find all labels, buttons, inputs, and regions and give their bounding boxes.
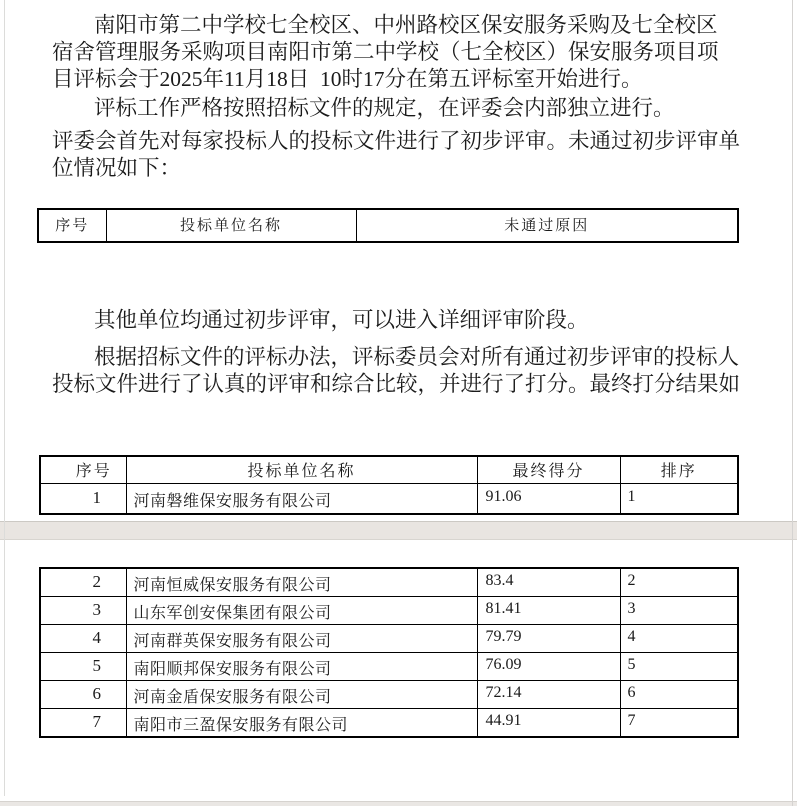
cell-bidder-name: 河南磐维保安服务有限公司 xyxy=(126,483,477,514)
table-row: 6河南金盾保安服务有限公司72.146 xyxy=(40,681,738,709)
failed-bidders-table: 序号 投标单位名称 未通过原因 xyxy=(37,208,739,243)
cell-score: 72.14 xyxy=(477,681,620,709)
table-row: 3山东军创安保集团有限公司81.413 xyxy=(40,597,738,625)
header-cell-score: 最终得分 xyxy=(477,456,620,483)
paragraph-preliminary-review: 评委会首先对每家投标人的投标文件进行了初步评审。未通过初步评审单 位情况如下： xyxy=(52,128,744,182)
cell-rank: 4 xyxy=(620,625,738,653)
cell-rank: 2 xyxy=(620,568,738,597)
cell-rank: 5 xyxy=(620,653,738,681)
cell-seq: 3 xyxy=(40,597,126,625)
cell-bidder-name: 河南群英保安服务有限公司 xyxy=(126,625,477,653)
cell-bidder-name: 河南金盾保安服务有限公司 xyxy=(126,681,477,709)
paragraph-line: 根据招标文件的评标办法，评标委员会对所有通过初步评审的投标人 xyxy=(52,344,744,371)
cell-seq: 4 xyxy=(40,625,126,653)
cell-seq: 7 xyxy=(40,709,126,738)
table-row: 2河南恒威保安服务有限公司83.42 xyxy=(40,568,738,597)
page-bottom-shadow xyxy=(0,801,797,806)
cell-seq: 2 xyxy=(40,568,126,597)
page-left-edge xyxy=(4,0,5,796)
paragraph-line: 目评标会于2025年11月18日 10时17分在第五评标室开始进行。 xyxy=(52,66,744,93)
cell-bidder-name: 南阳市三盈保安服务有限公司 xyxy=(126,709,477,738)
header-cell-reason: 未通过原因 xyxy=(356,209,738,242)
table-header-row: 序号 投标单位名称 未通过原因 xyxy=(38,209,738,242)
cell-rank: 6 xyxy=(620,681,738,709)
header-cell-seq: 序号 xyxy=(38,209,106,242)
cell-seq: 6 xyxy=(40,681,126,709)
paragraph-intro: 南阳市第二中学校七全校区、中州路校区保安服务采购及七全校区 宿舍管理服务采购项目… xyxy=(52,12,744,93)
table-row: 5南阳顺邦保安服务有限公司76.095 xyxy=(40,653,738,681)
header-cell-seq: 序号 xyxy=(40,456,126,483)
header-cell-bidder: 投标单位名称 xyxy=(126,456,477,483)
cell-rank: 1 xyxy=(620,483,738,514)
final-scores-table: 序号 投标单位名称 最终得分 排序 1河南磐维保安服务有限公司91.061 xyxy=(39,455,739,515)
document-viewer: 南阳市第二中学校七全校区、中州路校区保安服务采购及七全校区 宿舍管理服务采购项目… xyxy=(0,0,797,806)
page-break-shadow xyxy=(0,521,797,540)
table-row: 4河南群英保安服务有限公司79.794 xyxy=(40,625,738,653)
cell-score: 91.06 xyxy=(477,483,620,514)
final-scores-table-continued: 2河南恒威保安服务有限公司83.423山东军创安保集团有限公司81.4134河南… xyxy=(39,567,739,738)
paragraph-line: 评委会首先对每家投标人的投标文件进行了初步评审。未通过初步评审单 xyxy=(52,128,744,155)
cell-rank: 7 xyxy=(620,709,738,738)
paragraph-scoring: 根据招标文件的评标办法，评标委员会对所有通过初步评审的投标人 投标文件进行了认真… xyxy=(52,344,744,398)
paragraph-line: 位情况如下： xyxy=(52,155,744,182)
header-cell-rank: 排序 xyxy=(620,456,738,483)
paragraph-line: 投标文件进行了认真的评审和综合比较，并进行了打分。最终打分结果如 xyxy=(52,371,744,398)
paragraph-procedure: 评标工作严格按照招标文件的规定，在评委会内部独立进行。 xyxy=(52,95,744,122)
cell-score: 76.09 xyxy=(477,653,620,681)
cell-score: 79.79 xyxy=(477,625,620,653)
paragraph-line: 宿舍管理服务采购项目南阳市第二中学校（七全校区）保安服务项目项 xyxy=(52,39,744,66)
cell-rank: 3 xyxy=(620,597,738,625)
paragraph-pass-note: 其他单位均通过初步评审，可以进入详细评审阶段。 xyxy=(52,307,744,334)
cell-bidder-name: 山东军创安保集团有限公司 xyxy=(126,597,477,625)
table-row: 1河南磐维保安服务有限公司91.061 xyxy=(40,483,738,514)
page-1: 南阳市第二中学校七全校区、中州路校区保安服务采购及七全校区 宿舍管理服务采购项目… xyxy=(0,0,797,521)
cell-seq: 1 xyxy=(40,483,126,514)
cell-score: 81.41 xyxy=(477,597,620,625)
table-row: 7南阳市三盈保安服务有限公司44.917 xyxy=(40,709,738,738)
cell-score: 44.91 xyxy=(477,709,620,738)
page-2: 2河南恒威保安服务有限公司83.423山东军创安保集团有限公司81.4134河南… xyxy=(0,540,797,801)
table-header-row: 序号 投标单位名称 最终得分 排序 xyxy=(40,456,738,483)
cell-bidder-name: 南阳顺邦保安服务有限公司 xyxy=(126,653,477,681)
page-right-edge xyxy=(792,0,793,806)
paragraph-line: 评标工作严格按照招标文件的规定，在评委会内部独立进行。 xyxy=(52,95,744,122)
paragraph-line: 其他单位均通过初步评审，可以进入详细评审阶段。 xyxy=(52,307,744,334)
paragraph-line: 南阳市第二中学校七全校区、中州路校区保安服务采购及七全校区 xyxy=(52,12,744,39)
header-cell-bidder: 投标单位名称 xyxy=(106,209,356,242)
cell-score: 83.4 xyxy=(477,568,620,597)
cell-bidder-name: 河南恒威保安服务有限公司 xyxy=(126,568,477,597)
cell-seq: 5 xyxy=(40,653,126,681)
